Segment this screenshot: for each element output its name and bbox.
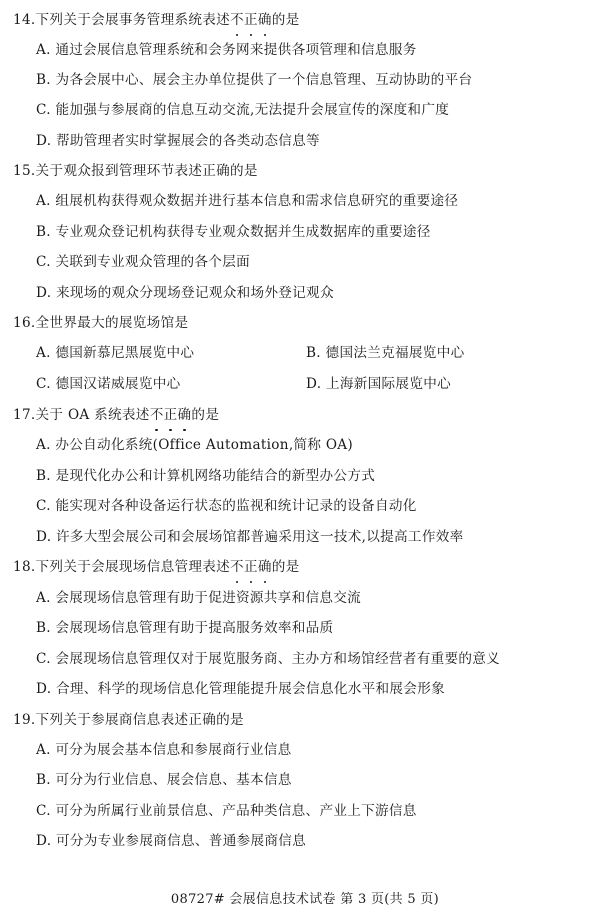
stem-text: 关于 OA 系统表述 [36, 407, 150, 423]
option-text: 许多大型会展公司和会展场馆都普遍采用这一技术,以提高工作效率 [56, 529, 464, 545]
option-label: C. [36, 376, 51, 392]
option-text: 德国汉诺威展览中心 [55, 376, 180, 392]
stem-text: 全世界最大的展览场馆是 [36, 315, 189, 331]
option-text: 会展现场信息管理有助于提高服务效率和品质 [56, 620, 334, 636]
emphasis-char: 不 [230, 556, 244, 578]
option-text: 通过会展信息管理系统和会务网来提供各项管理和信息服务 [55, 42, 416, 58]
option-text: 来现场的观众分现场登记观众和场外登记观众 [56, 285, 334, 301]
option-label: D. [36, 833, 51, 849]
emphasis-char: 正 [244, 556, 258, 578]
option-19-d: D. 可分为专业参展商信息、普通参展商信息 [36, 830, 306, 852]
stem-text: 的是 [272, 559, 300, 575]
stem-text: 关于观众报到管理环节表述正确的是 [36, 163, 258, 179]
option-17-b: B. 是现代化办公和计算机网络功能结合的新型办公方式 [36, 465, 375, 487]
option-text: 合理、科学的现场信息化管理能提升展会信息化水平和展会形象 [56, 681, 445, 697]
option-text: 能加强与参展商的信息互动交流,无法提升会展宣传的深度和广度 [55, 102, 449, 118]
option-text: 为各会展中心、展会主办单位提供了一个信息管理、互动协助的平台 [56, 72, 473, 88]
option-text: 可分为行业信息、展会信息、基本信息 [56, 772, 292, 788]
option-17-d: D. 许多大型会展公司和会展场馆都普遍采用这一技术,以提高工作效率 [36, 526, 464, 548]
emphasis-char: 确 [258, 556, 272, 578]
emphasis-char: 不 [150, 404, 164, 426]
option-label: D. [36, 133, 51, 149]
option-label: D. [36, 681, 51, 697]
option-14-c: C. 能加强与参展商的信息互动交流,无法提升会展宣传的深度和广度 [36, 99, 449, 121]
option-label: A. [36, 437, 51, 453]
question-number: 19. [13, 712, 36, 728]
option-16-a: A. 德国新慕尼黑展览中心 [36, 342, 194, 364]
option-text: 可分为专业参展商信息、普通参展商信息 [56, 833, 306, 849]
question-17-stem: 17.关于 OA 系统表述不正确的是 [13, 404, 219, 426]
question-number: 14. [13, 12, 36, 28]
question-18-stem: 18.下列关于会展现场信息管理表述不正确的是 [13, 556, 300, 578]
emphasis-char: 不 [230, 9, 244, 31]
option-label: A. [36, 590, 51, 606]
option-text: 办公自动化系统(Office Automation,简称 OA) [55, 437, 353, 453]
option-15-a: A. 组展机构获得观众数据并进行基本信息和需求信息研究的重要途径 [36, 190, 458, 212]
option-label: B. [306, 345, 321, 361]
option-label: A. [36, 193, 51, 209]
option-14-b: B. 为各会展中心、展会主办单位提供了一个信息管理、互动协助的平台 [36, 69, 472, 91]
option-17-a: A. 办公自动化系统(Office Automation,简称 OA) [36, 434, 353, 456]
option-label: C. [36, 498, 51, 514]
option-17-c: C. 能实现对各种设备运行状态的监视和统计记录的设备自动化 [36, 495, 417, 517]
stem-text: 的是 [272, 12, 300, 28]
option-text: 是现代化办公和计算机网络功能结合的新型办公方式 [56, 468, 376, 484]
option-label: C. [36, 651, 51, 667]
option-text: 上海新国际展览中心 [326, 376, 451, 392]
option-label: C. [36, 254, 51, 270]
question-number: 17. [13, 407, 36, 423]
option-15-d: D. 来现场的观众分现场登记观众和场外登记观众 [36, 282, 334, 304]
option-16-c: C. 德国汉诺威展览中心 [36, 373, 181, 395]
option-text: 组展机构获得观众数据并进行基本信息和需求信息研究的重要途径 [55, 193, 458, 209]
option-19-c: C. 可分为所属行业前景信息、产品种类信息、产业上下游信息 [36, 800, 417, 822]
stem-text: 下列关于参展商信息表述正确的是 [36, 712, 244, 728]
option-15-c: C. 关联到专业观众管理的各个层面 [36, 251, 250, 273]
option-label: A. [36, 345, 51, 361]
option-text: 会展现场信息管理仅对于展览服务商、主办方和场馆经营者有重要的意义 [55, 651, 500, 667]
option-text: 能实现对各种设备运行状态的监视和统计记录的设备自动化 [55, 498, 416, 514]
option-19-a: A. 可分为展会基本信息和参展商行业信息 [36, 739, 292, 761]
option-15-b: B. 专业观众登记机构获得专业观众数据并生成数据库的重要途径 [36, 221, 431, 243]
question-15-stem: 15.关于观众报到管理环节表述正确的是 [13, 160, 258, 182]
stem-text: 下列关于会展事务管理系统表述 [36, 12, 231, 28]
option-text: 可分为展会基本信息和参展商行业信息 [55, 742, 291, 758]
option-label: B. [36, 772, 51, 788]
page-footer: 08727# 会展信息技术试卷 第 3 页(共 5 页) [0, 890, 610, 910]
option-text: 会展现场信息管理有助于促进资源共享和信息交流 [55, 590, 361, 606]
option-label: C. [36, 102, 51, 118]
option-14-a: A. 通过会展信息管理系统和会务网来提供各项管理和信息服务 [36, 39, 417, 61]
question-number: 15. [13, 163, 36, 179]
question-19-stem: 19.下列关于参展商信息表述正确的是 [13, 709, 244, 731]
stem-text: 的是 [191, 407, 219, 423]
option-text: 德国法兰克福展览中心 [326, 345, 465, 361]
option-18-b: B. 会展现场信息管理有助于提高服务效率和品质 [36, 617, 333, 639]
emphasis-char: 确 [178, 404, 192, 426]
option-label: B. [36, 224, 51, 240]
option-label: A. [36, 742, 51, 758]
emphasis-char: 正 [244, 9, 258, 31]
option-label: D. [306, 376, 321, 392]
question-16-stem: 16.全世界最大的展览场馆是 [13, 312, 188, 334]
option-text: 专业观众登记机构获得专业观众数据并生成数据库的重要途径 [56, 224, 431, 240]
question-14-stem: 14.下列关于会展事务管理系统表述不正确的是 [13, 9, 300, 31]
emphasis-char: 正 [164, 404, 178, 426]
option-label: B. [36, 468, 51, 484]
option-text: 德国新慕尼黑展览中心 [55, 345, 194, 361]
option-18-a: A. 会展现场信息管理有助于促进资源共享和信息交流 [36, 587, 361, 609]
option-14-d: D. 帮助管理者实时掌握展会的各类动态信息等 [36, 130, 320, 152]
option-label: B. [36, 72, 51, 88]
question-number: 16. [13, 315, 36, 331]
option-text: 可分为所属行业前景信息、产品种类信息、产业上下游信息 [55, 803, 416, 819]
option-label: A. [36, 42, 51, 58]
option-label: C. [36, 803, 51, 819]
option-label: D. [36, 529, 51, 545]
option-16-d: D. 上海新国际展览中心 [306, 373, 451, 395]
option-16-b: B. 德国法兰克福展览中心 [306, 342, 464, 364]
option-text: 关联到专业观众管理的各个层面 [55, 254, 250, 270]
option-label: D. [36, 285, 51, 301]
option-label: B. [36, 620, 51, 636]
option-text: 帮助管理者实时掌握展会的各类动态信息等 [56, 133, 320, 149]
emphasis-char: 确 [258, 9, 272, 31]
question-number: 18. [13, 559, 36, 575]
option-18-c: C. 会展现场信息管理仅对于展览服务商、主办方和场馆经营者有重要的意义 [36, 648, 500, 670]
option-19-b: B. 可分为行业信息、展会信息、基本信息 [36, 769, 292, 791]
option-18-d: D. 合理、科学的现场信息化管理能提升展会信息化水平和展会形象 [36, 678, 445, 700]
stem-text: 下列关于会展现场信息管理表述 [36, 559, 231, 575]
